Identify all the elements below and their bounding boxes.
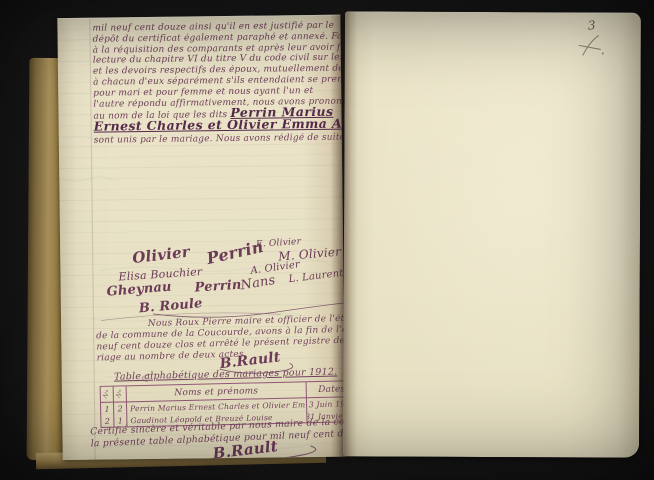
left-page: mil neuf cent douze ainsi qu'il en est j… (57, 15, 345, 460)
scanned-register-spread: mil neuf cent douze ainsi qu'il en est j… (0, 0, 654, 480)
signature: Perrin (205, 237, 265, 268)
header-scribble: N° (101, 389, 112, 400)
act-body: sont unis par le mariage. Nous avons réd… (94, 133, 346, 147)
signature: Nans (240, 273, 277, 294)
signature: Perrin (194, 278, 242, 296)
spouses-names-underlined: Ernest Charles et Olivier Emma Antoinett… (94, 119, 346, 134)
signature: B. Roule (138, 296, 203, 316)
table-header-acte: N° (114, 386, 127, 402)
right-page-blank: 3 (343, 11, 641, 457)
table-header-order: N° (101, 387, 114, 403)
signature: Gheynau (106, 279, 172, 299)
paraph-mark (575, 33, 609, 59)
table-cell: 3 Juin 1912 (307, 397, 346, 410)
table-cell: 2 (114, 402, 127, 414)
marriage-act-text: mil neuf cent douze ainsi qu'il en est j… (92, 21, 345, 147)
header-scribble: N° (114, 388, 125, 399)
table-header-dates: Dates (307, 381, 346, 398)
folio-number: 3 (587, 18, 596, 32)
signature: Olivier (131, 243, 190, 268)
table-cell: 1 (101, 403, 114, 415)
